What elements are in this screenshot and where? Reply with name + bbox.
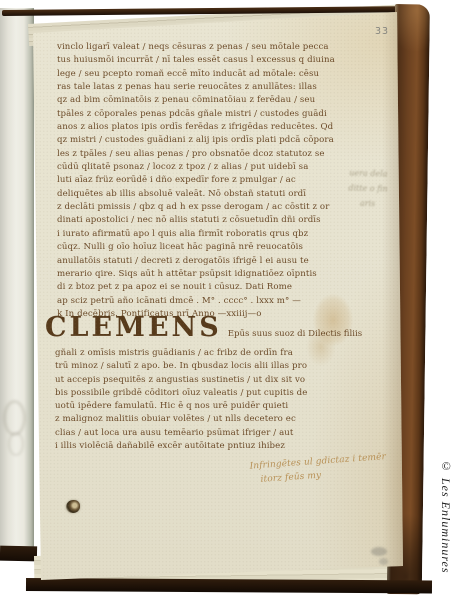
manuscript-text-line: i illis violēciā dañabilē excēr autōitat… xyxy=(55,440,325,453)
wormhole xyxy=(66,500,80,513)
manuscript-text-line: z malignoz malitiis obuiar volētes / ut … xyxy=(55,413,325,426)
clemens-heading: CLEMENS xyxy=(45,313,222,343)
showthrough-text: uera deladitte o finaris xyxy=(339,165,396,211)
manuscript-text-line: z declāti pmissis / qbz q ad h ex psse d… xyxy=(57,201,343,214)
manuscript-text-line: anullatōis statuti / decreti z derogatōi… xyxy=(57,255,343,268)
manuscript-text-line: vinclo ligarī valeat / neqs cēsuras z pe… xyxy=(57,41,343,54)
manuscript-text-line: qz ad bim cōminatōis z penau cōminatōiau… xyxy=(57,94,343,107)
manuscript-text-line: di z btoz pet z pa apoz ei se nouit i cū… xyxy=(57,281,343,294)
manuscript-text-line: cūqz. Nulli g oīo hoīuz liceat hāc pagin… xyxy=(57,241,343,254)
manuscript-text-line: tpāles z cōporales penas pdcās gñale mis… xyxy=(57,108,343,121)
manuscript-page: 33 uera deladitte o finaris vinclo ligar… xyxy=(0,0,466,600)
incipit-continuation: Epūs suus suoz di Dilectis filiis xyxy=(228,329,362,343)
smudge-mark xyxy=(379,558,388,565)
manuscript-text-line: cūdū qlitatē psonaz / locoz z tpoz / z a… xyxy=(57,161,343,174)
book-cover-bottom-left-edge xyxy=(0,546,37,562)
showthrough-line: uera dela xyxy=(340,165,396,181)
folio-number: 33 xyxy=(375,26,389,37)
facing-page-edge xyxy=(0,8,34,552)
manuscript-text-line: deliquētes ab illis absoluē valeāt. Nō o… xyxy=(57,188,343,201)
manuscript-text-line: les z tpāles / seu alias penas / pro obs… xyxy=(57,148,343,161)
incipit-line: CLEMENS Epūs suus suoz di Dilectis filii… xyxy=(45,313,362,343)
showthrough-line: ditte o fin xyxy=(340,180,396,196)
manuscript-text-line: clias / aut loca ura ausu temēario psūma… xyxy=(55,427,325,440)
smudge-mark xyxy=(371,547,387,556)
manuscript-text-block: vinclo ligarī valeat / neqs cēsuras z pe… xyxy=(57,41,343,321)
manuscript-text-line: ap sciz petrū año icānati dmcē . M° . cc… xyxy=(57,295,343,308)
manuscript-photo: 33 uera deladitte o finaris vinclo ligar… xyxy=(0,0,466,600)
manuscript-text-line: lege / seu pcepto romañ eccē mīto inducā… xyxy=(57,68,343,81)
manuscript-text-line: i iurato afirmatū apo l quis alia firmīt… xyxy=(57,228,343,241)
manuscript-text-line: luti aīaz früz eorūdē i dño expedīr fore… xyxy=(57,174,343,187)
copyright-credit: © Les Enluminures xyxy=(438,459,453,574)
manuscript-text-line: gñali z omīsis mistris guādianis / ac fr… xyxy=(55,347,325,360)
manuscript-text-line: dinati apostolici / nec nō aliis statuti… xyxy=(57,214,343,227)
manuscript-text-line: bis possibile gribdē cōditori oīuz valea… xyxy=(55,387,325,400)
manuscript-text-line: tus huiusmōi incurrāt / nī tales essēt c… xyxy=(57,54,343,67)
manuscript-text-block-2: gñali z omīsis mistris guādianis / ac fr… xyxy=(55,347,325,453)
showthrough-line: aris xyxy=(339,195,395,211)
manuscript-text-line: ut accepis psequitēs z angustias sustine… xyxy=(55,374,325,387)
manuscript-text-line: qz mistri / custodes guādiani z alij ipi… xyxy=(57,134,343,147)
facing-page-ghost-mark xyxy=(3,400,26,436)
manuscript-text-line: merario qire. Siqs aūt h attētar psūpsit… xyxy=(57,268,343,281)
manuscript-text-line: anos z alios platos ipis ordīs ferēdas z… xyxy=(57,121,343,134)
manuscript-text-line: trū minoz / salutī z apo. be. In qbusdaz… xyxy=(55,360,325,373)
marginal-annotation: Infringētes ul gdictaz i temēritorz feūs… xyxy=(249,448,411,487)
facing-page-ghost-mark xyxy=(8,432,24,456)
book-cover-bottom-edge xyxy=(26,578,432,593)
manuscript-text-line: ras tale latas z penas hau serie reuocāt… xyxy=(57,81,343,94)
manuscript-text-line: uotū ipēdere famulatū. Hic ē q nos urē p… xyxy=(55,400,325,413)
